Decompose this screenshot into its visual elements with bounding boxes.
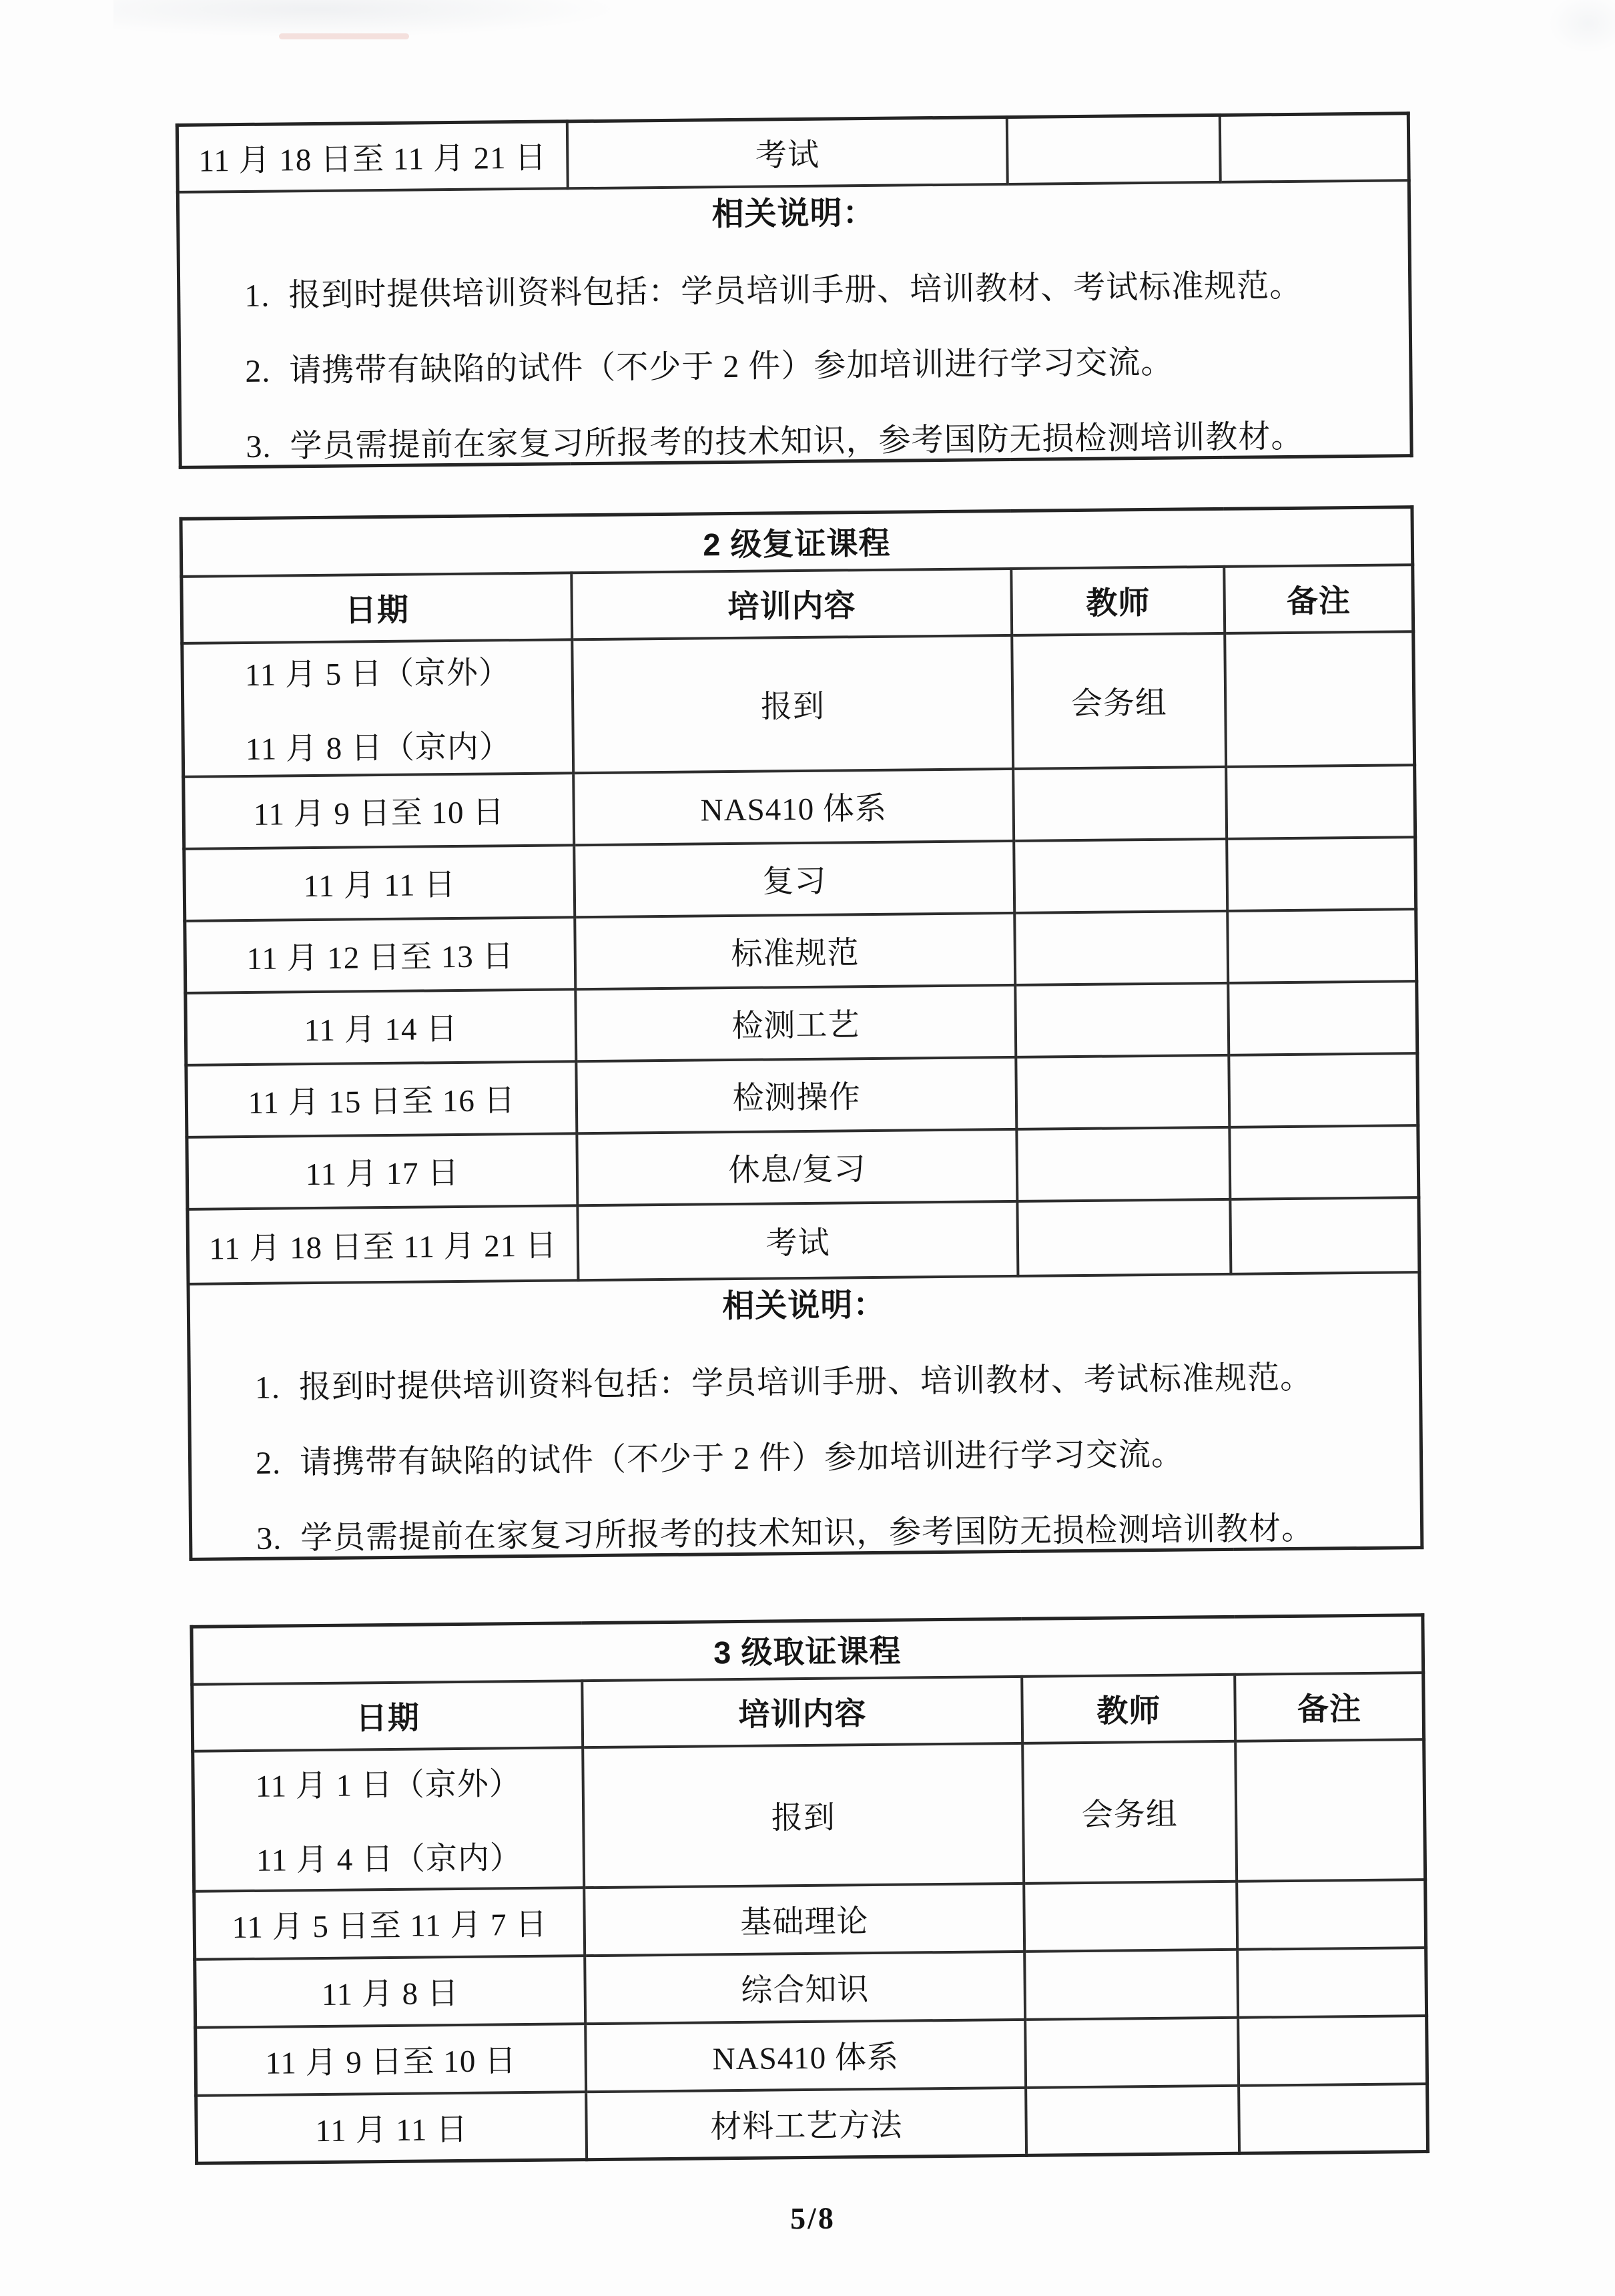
- note-number: 3.: [246, 428, 272, 465]
- cell-date: 11 月 14 日: [186, 989, 577, 1065]
- cell-teacher: [1016, 1127, 1230, 1201]
- schedule-row: 11 月 18 日至 11 月 21 日 考试: [188, 1197, 1419, 1284]
- column-header-date: 日期: [192, 1681, 583, 1751]
- cell-date: 11 月 11 日: [196, 2092, 587, 2164]
- cell-date: 11 月 8 日: [195, 1956, 586, 2028]
- schedule-row: 11 月 8 日 综合知识: [195, 1948, 1427, 2028]
- note-text: 学员需提前在家复习所报考的技术知识，参考国防无损检测培训教材。: [300, 1510, 1314, 1557]
- column-header-date: 日期: [182, 573, 573, 643]
- cell-remark: [1228, 981, 1417, 1055]
- cell-teacher: [1026, 2085, 1239, 2155]
- cell-content: 检测操作: [577, 1057, 1017, 1133]
- column-header-remark: 备注: [1235, 1673, 1423, 1741]
- level2-course-table: 2 级复证课程 日期 培训内容 教师 备注 11 月 5 日（京外） 11 月 …: [179, 505, 1423, 1561]
- schedule-row: 11 月 14 日 检测工艺: [186, 981, 1417, 1065]
- schedule-row: 11 月 9 日至 10 日 NAS410 体系: [184, 765, 1415, 849]
- note-text: 学员需提前在家复习所报考的技术知识，参考国防无损检测培训教材。: [290, 418, 1303, 465]
- page-number: 5/8: [196, 2195, 1430, 2242]
- schedule-row: 11 月 17 日 休息/复习: [187, 1125, 1419, 1209]
- note-number: 2.: [256, 1444, 282, 1482]
- cell-date: 11 月 17 日: [187, 1133, 578, 1209]
- cell-remark: [1226, 765, 1415, 839]
- scan-artifact: [279, 33, 409, 39]
- table-header-row: 日期 培训内容 教师 备注: [192, 1673, 1424, 1751]
- cell-teacher: 会务组: [1012, 633, 1226, 768]
- cell-teacher: [1007, 115, 1221, 184]
- cell-content: 报到: [573, 635, 1014, 773]
- cell-teacher: [1024, 1949, 1238, 2019]
- cell-date: 11 月 11 日: [184, 845, 575, 921]
- column-header-content: 培训内容: [572, 569, 1012, 639]
- cell-teacher: 会务组: [1022, 1741, 1237, 1883]
- cell-teacher: [1015, 982, 1229, 1057]
- date-line: 11 月 5 日（京外）: [245, 647, 511, 695]
- scan-artifact: [113, 0, 621, 37]
- note-item: 2. 请携带有缺陷的试件（不少于 2 件）参加培训进行学习交流。: [245, 342, 1403, 390]
- cell-content: 综合知识: [585, 1951, 1026, 2023]
- cell-teacher: [1013, 766, 1227, 840]
- notes-section: 相关说明： 1. 报到时提供培训资料包括：学员培训手册、培训教材、考试标准规范。…: [178, 180, 1411, 468]
- column-header-teacher: 教师: [1022, 1674, 1235, 1743]
- cell-content: 报到: [583, 1743, 1024, 1888]
- cell-remark: [1231, 1197, 1419, 1274]
- cell-remark: [1237, 1880, 1425, 1950]
- note-text: 报到时提供培训资料包括：学员培训手册、培训教材、考试标准规范。: [299, 1359, 1313, 1406]
- column-header-content: 培训内容: [583, 1677, 1023, 1747]
- table-header-row: 日期 培训内容 教师 备注: [182, 565, 1413, 643]
- cell-remark: [1237, 1948, 1426, 2018]
- date-line: 11 月 4 日（京内）: [256, 1833, 523, 1880]
- cell-teacher: [1024, 1881, 1237, 1951]
- notes-section: 相关说明： 1. 报到时提供培训资料包括：学员培训手册、培训教材、考试标准规范。…: [188, 1272, 1422, 1560]
- note-number: 1.: [244, 277, 270, 314]
- column-header-remark: 备注: [1224, 565, 1413, 633]
- cell-remark: [1225, 631, 1414, 767]
- course-fragment-table: 11 月 18 日至 11 月 21 日 考试 相关说明： 1. 报到时提供培训…: [176, 111, 1413, 469]
- section-gap: [189, 1549, 1424, 1625]
- cell-date: 11 月 5 日（京外） 11 月 8 日（京内）: [182, 639, 574, 777]
- note-number: 3.: [256, 1520, 282, 1557]
- cell-teacher: [1025, 2017, 1239, 2087]
- note-text: 报到时提供培训资料包括：学员培训手册、培训教材、考试标准规范。: [288, 267, 1302, 314]
- notes-row: 相关说明： 1. 报到时提供培训资料包括：学员培训手册、培训教材、考试标准规范。…: [178, 180, 1411, 468]
- cell-content: 考试: [567, 117, 1008, 188]
- note-item: 3. 学员需提前在家复习所报考的技术知识，参考国防无损检测培训教材。: [246, 417, 1404, 465]
- cell-date: 11 月 18 日至 11 月 21 日: [177, 121, 568, 192]
- cell-content: 检测工艺: [576, 984, 1016, 1061]
- cell-date: 11 月 1 日（京外） 11 月 4 日（京内）: [193, 1747, 585, 1892]
- schedule-row: 11 月 15 日至 16 日 检测操作: [186, 1053, 1418, 1137]
- schedule-row: 11 月 18 日至 11 月 21 日 考试: [177, 113, 1409, 192]
- note-item: 3. 学员需提前在家复习所报考的技术知识，参考国防无损检测培训教材。: [256, 1509, 1415, 1557]
- scan-artifact: [1548, 0, 1615, 53]
- cell-date: 11 月 9 日至 10 日: [196, 2024, 587, 2096]
- schedule-row: 11 月 9 日至 10 日 NAS410 体系: [196, 2016, 1427, 2096]
- cell-content: NAS410 体系: [574, 769, 1014, 845]
- cell-teacher: [1014, 838, 1227, 912]
- cell-content: NAS410 体系: [586, 2019, 1026, 2091]
- date-line: 11 月 8 日（京内）: [246, 722, 512, 769]
- cell-teacher: [1017, 1199, 1231, 1275]
- document-content: 11 月 18 日至 11 月 21 日 考试 相关说明： 1. 报到时提供培训…: [176, 111, 1430, 2242]
- cell-date: 11 月 5 日至 11 月 7 日: [194, 1888, 585, 1960]
- cell-teacher: [1016, 1055, 1229, 1129]
- scanned-page: 11 月 18 日至 11 月 21 日 考试 相关说明： 1. 报到时提供培训…: [0, 0, 1615, 2296]
- note-item: 2. 请携带有缺陷的试件（不少于 2 件）参加培训进行学习交流。: [256, 1434, 1414, 1482]
- cell-content: 复习: [575, 841, 1015, 917]
- cell-date: 11 月 18 日至 11 月 21 日: [188, 1205, 579, 1284]
- schedule-row: 11 月 11 日 材料工艺方法: [196, 2084, 1428, 2164]
- cell-remark: [1227, 837, 1415, 911]
- note-item: 1. 报到时提供培训资料包括：学员培训手册、培训教材、考试标准规范。: [244, 266, 1403, 314]
- cell-content: 基础理论: [585, 1883, 1025, 1955]
- note-number: 1.: [255, 1369, 281, 1406]
- cell-content: 休息/复习: [577, 1129, 1018, 1205]
- cell-content: 考试: [578, 1201, 1018, 1279]
- column-header-teacher: 教师: [1011, 566, 1225, 635]
- cell-remark: [1227, 909, 1416, 983]
- cell-remark: [1239, 2084, 1427, 2154]
- schedule-row: 11 月 5 日（京外） 11 月 8 日（京内） 报到 会务组: [182, 631, 1415, 777]
- cell-content: 材料工艺方法: [587, 2087, 1027, 2159]
- schedule-row: 11 月 5 日至 11 月 7 日 基础理论: [194, 1880, 1426, 1960]
- notes-heading: 相关说明：: [185, 182, 1403, 240]
- note-item: 1. 报到时提供培训资料包括：学员培训手册、培训教材、考试标准规范。: [255, 1358, 1413, 1406]
- note-text: 请携带有缺陷的试件（不少于 2 件）参加培训进行学习交流。: [300, 1436, 1184, 1481]
- cell-remark: [1238, 2016, 1427, 2086]
- notes-heading: 相关说明：: [196, 1273, 1413, 1332]
- note-text: 请携带有缺陷的试件（不少于 2 件）参加培训进行学习交流。: [289, 344, 1173, 389]
- schedule-row: 11 月 11 日 复习: [184, 837, 1416, 921]
- cell-date: 11 月 12 日至 13 日: [185, 917, 576, 993]
- cell-remark: [1229, 1053, 1417, 1127]
- cell-date: 11 月 15 日至 16 日: [186, 1061, 577, 1137]
- cell-teacher: [1014, 910, 1228, 984]
- cell-remark: [1220, 113, 1409, 182]
- date-line: 11 月 1 日（京外）: [256, 1759, 522, 1806]
- note-number: 2.: [245, 352, 271, 390]
- cell-remark: [1230, 1125, 1419, 1199]
- cell-date: 11 月 9 日至 10 日: [184, 773, 575, 849]
- notes-row: 相关说明： 1. 报到时提供培训资料包括：学员培训手册、培训教材、考试标准规范。…: [188, 1272, 1422, 1560]
- schedule-row: 11 月 12 日至 13 日 标准规范: [185, 909, 1417, 993]
- cell-content: 标准规范: [575, 912, 1016, 988]
- cell-remark: [1235, 1739, 1425, 1882]
- schedule-row: 11 月 1 日（京外） 11 月 4 日（京内） 报到 会务组: [193, 1739, 1425, 1892]
- level3-course-table: 3 级取证课程 日期 培训内容 教师 备注 11 月 1 日（京外） 11 月 …: [190, 1613, 1429, 2165]
